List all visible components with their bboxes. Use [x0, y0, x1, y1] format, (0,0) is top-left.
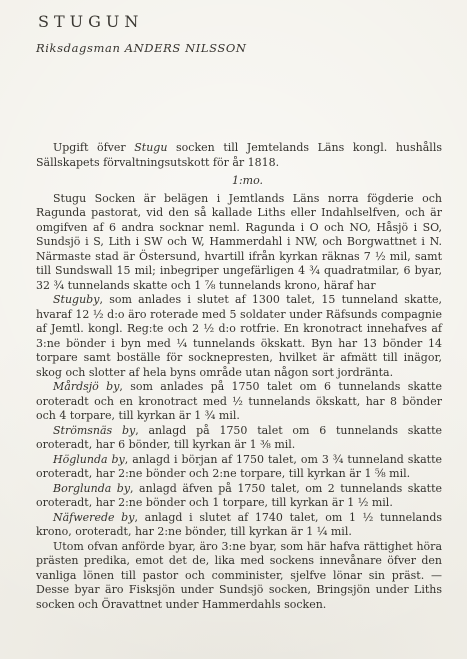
page-title: STUGUN	[38, 12, 143, 31]
paragraph: Höglunda by, anlagd i början af 1750 tal…	[36, 453, 442, 482]
paragraph-list: Stugu Socken är belägen i Jemtlands Läns…	[36, 192, 442, 613]
paragraph: Borglunda by, anlagd äfven på 1750 talet…	[36, 482, 442, 511]
scanned-page: STUGUN Riksdagsman ANDERS NILSSON Upgift…	[0, 0, 467, 659]
paragraph: Stuguby, som anlades i slutet af 1300 ta…	[36, 293, 442, 380]
intro-paragraph: Upgift öfver Stugu socken till Jemteland…	[36, 141, 442, 170]
italic-text-run: Strömsnäs by	[53, 424, 135, 437]
page-subtitle: Riksdagsman ANDERS NILSSON	[36, 41, 247, 55]
paragraph: Mårdsjö by, som anlades på 1750 talet om…	[36, 380, 442, 424]
text-run: Stugu Socken är belägen i Jemtlands Läns…	[36, 192, 442, 292]
italic-text-run: Borglunda by	[53, 482, 130, 495]
paragraph: Strömsnäs by, anlagd på 1750 talet om 6 …	[36, 424, 442, 453]
italic-text-run: Stugu	[134, 141, 167, 154]
italic-text-run: Mårdsjö by	[53, 380, 119, 393]
paragraph: Stugu Socken är belägen i Jemtlands Läns…	[36, 192, 442, 294]
paragraph: Näfwerede by, anlagd i slutet af 1740 ta…	[36, 511, 442, 540]
italic-text-run: Stuguby	[53, 293, 99, 306]
text-run: Upgift öfver	[53, 141, 134, 154]
paragraph: Utom ofvan anförde byar, äro 3:ne byar, …	[36, 540, 442, 613]
section-heading: 1:mo.	[36, 174, 442, 189]
text-run: Utom ofvan anförde byar, äro 3:ne byar, …	[36, 540, 442, 611]
italic-text-run: Höglunda by	[53, 453, 125, 466]
document-body: Upgift öfver Stugu socken till Jemteland…	[36, 141, 442, 612]
italic-text-run: Näfwerede by	[53, 511, 134, 524]
